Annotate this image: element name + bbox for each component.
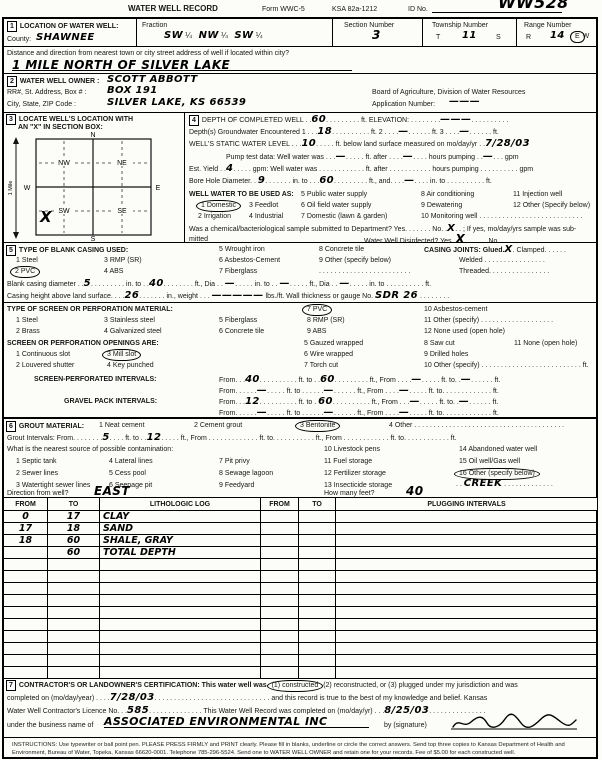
plug-from-cell (261, 523, 299, 535)
casing-option: 6 Asbestos-Cement (219, 256, 280, 265)
log-from-cell: 18 (4, 535, 48, 547)
lithologic-log-table: FROM TO LITHOLOGIC LOG FROM TO PLUGGING … (3, 497, 598, 679)
distance-question: Distance and direction from nearest town… (7, 49, 289, 58)
gravel-interval-row-1: From. . .12. . . . . . . . . . ft. to . … (219, 397, 498, 407)
use-option: 4 Industrial (249, 212, 283, 221)
contamination-option: 7 Pit privy (219, 457, 250, 466)
quadrant-se-label: SE (117, 208, 127, 215)
casing-joints-line: CASING JOINTS: Glued.X. Clamped. . . . .… (424, 245, 566, 255)
plug-interval-cell (336, 583, 598, 595)
arrow-up-icon (13, 137, 19, 144)
plug-to-cell (299, 667, 336, 679)
groundwater-depth-1: 18 (317, 126, 332, 137)
direction-value: EAST (94, 486, 130, 496)
elevation-value: ——— (440, 114, 471, 125)
ksa-number: KSA 82a-1212 (332, 5, 377, 14)
arrow-down-icon (13, 232, 19, 239)
id-label: ID No. (408, 5, 428, 14)
log-desc-cell (100, 595, 261, 607)
casing-option: 4 ABS (104, 267, 123, 276)
fraction-value: SW ¼ NW ¼ SW ¼ (164, 31, 262, 40)
screen-option: 6 Concrete tile (219, 327, 264, 336)
gauge-number-value: SDR 26 (375, 290, 418, 301)
section4-number: 4 (189, 115, 199, 126)
log-col-to-2: TO (299, 498, 336, 511)
screen-option: 3 Stainless steel (104, 316, 155, 325)
log-from-cell (4, 595, 48, 607)
section7-number: 7 (6, 680, 16, 691)
log-desc-cell (100, 607, 261, 619)
plug-to-cell (299, 547, 336, 559)
log-from-cell (4, 547, 48, 559)
opening-option: 9 Drilled holes (424, 350, 468, 359)
plug-interval-cell (336, 571, 598, 583)
plug-to-cell (299, 571, 336, 583)
contamination-option: 10 Livestock pens (324, 445, 380, 454)
log-row (4, 643, 598, 655)
form-title: WATER WELL RECORD (128, 4, 218, 13)
static-water-level-line: WELL'S STATIC WATER LEVEL . . .10. . . .… (189, 139, 530, 149)
joints-threaded: Threaded. . . . . . . . . . . . . . . . (459, 267, 549, 276)
opening-option: 5 Gauzed wrapped (304, 339, 363, 348)
opening-option: 11 None (open hole) (514, 339, 577, 348)
divider (4, 302, 596, 303)
log-to-cell (48, 571, 100, 583)
business-name-label: under the business name of (7, 721, 93, 730)
south-label: S (91, 236, 96, 241)
divider (4, 242, 596, 243)
county-label: County: (7, 35, 31, 44)
screen-to-value: 60 (320, 374, 335, 385)
screen-interval-row-1: From. . .40. . . . . . . . . . ft. to . … (219, 375, 500, 385)
plug-to-cell (299, 523, 336, 535)
log-from-cell (4, 655, 48, 667)
application-number-value: ——— (449, 97, 480, 107)
plug-from-cell (261, 547, 299, 559)
plug-interval-cell (336, 511, 598, 523)
contamination-option: 5 Cess pool (109, 469, 146, 478)
plug-from-cell (261, 511, 299, 523)
log-desc-cell: SAND (100, 523, 261, 535)
log-desc-cell (100, 559, 261, 571)
log-from-cell (4, 559, 48, 571)
casing-diameter-line: Blank casing diameter . .5. . . . . . . … (7, 279, 431, 289)
log-col-plugging: PLUGGING INTERVALS (336, 498, 598, 511)
log-desc-cell: SHALE, GRAY (100, 535, 261, 547)
grout-option: 1 Neat cement (99, 421, 145, 430)
township-s: S (496, 33, 501, 42)
joints-welded: Welded . . . . . . . . . . . . . . . . (459, 256, 545, 265)
casing-option: 7 Fiberglass (219, 267, 257, 276)
gravel-to-value: 60 (318, 396, 333, 407)
divider (184, 112, 185, 242)
screen-interval-row-2: From. . . . . .—. . . . . ft. to . . . .… (219, 386, 499, 396)
divider (4, 112, 596, 113)
screen-option: 11 Other (specify) . . . . . . . . . . .… (424, 316, 553, 325)
contamination-other-value-line: . . CREEK . . . . . . . . . . . . . (456, 479, 553, 489)
log-to-cell (48, 667, 100, 679)
log-to-cell (48, 655, 100, 667)
plug-to-cell (299, 511, 336, 523)
use-option: 6 Oil field water supply (301, 201, 371, 210)
measured-date: 7/28/03 (485, 138, 530, 149)
plug-interval-cell (336, 631, 598, 643)
quadrant-ne-label: NE (117, 160, 127, 167)
county-value: SHAWNEE (36, 33, 95, 43)
fraction-q3: SW (234, 30, 253, 41)
plug-interval-cell (336, 655, 598, 667)
signature-scribble (449, 713, 579, 731)
section-number-value: 3 (372, 30, 381, 40)
log-row (4, 571, 598, 583)
owner-value: SCOTT ABBOTT (107, 75, 198, 85)
water-well-record-form: WATER WELL RECORD Form WWC-5 KSA 82a-121… (0, 0, 602, 760)
log-col-from-2: FROM (261, 498, 299, 511)
log-row (4, 667, 598, 679)
completed-date-value: 7/28/03 (110, 692, 155, 703)
plug-to-cell (299, 631, 336, 643)
log-desc-cell (100, 667, 261, 679)
address-label: RR#, St. Address, Box # : (7, 88, 86, 97)
screen-option: 8 RMP (SR) (307, 316, 345, 325)
log-to-cell (48, 643, 100, 655)
one-mile-label: 1 Mile (8, 181, 14, 196)
contamination-option: 1 Septic tank (16, 457, 56, 466)
groundwater-line: Depth(s) Groundwater Encountered 1 . . .… (189, 127, 499, 137)
log-to-cell (48, 619, 100, 631)
section5-title: 5TYPE OF BLANK CASING USED: (6, 245, 128, 256)
contamination-option: 2 Sewer lines (16, 469, 58, 478)
contamination-option: 11 Fuel storage (324, 457, 372, 466)
log-from-cell: 0 (4, 511, 48, 523)
contamination-question: What is the nearest source of possible c… (7, 445, 173, 454)
log-to-cell (48, 631, 100, 643)
plug-from-cell (261, 583, 299, 595)
fraction-label: Fraction (142, 21, 167, 30)
screen-option: 12 None used (open hole) (424, 327, 505, 336)
use-option: 11 Injection well (513, 190, 562, 199)
township-value: 11 (462, 31, 477, 41)
use-option-domestic-selected: 1 Domestic (198, 201, 239, 210)
screen-option-pvc-selected: 7 PVC (304, 305, 330, 314)
screen-option: 10 Asbestos-cement (424, 305, 487, 314)
log-to-cell (48, 559, 100, 571)
log-row (4, 583, 598, 595)
log-header-row: FROM TO LITHOLOGIC LOG FROM TO PLUGGING … (4, 498, 598, 511)
fraction-q1: SW (164, 30, 183, 41)
screen-option: 5 Fiberglass (219, 316, 257, 325)
signature-label: by (signature) (384, 721, 427, 730)
quadrant-nw-label: NW (58, 160, 70, 167)
divider (332, 19, 333, 46)
use-option: 10 Monitoring well . . . . . . . . . . .… (421, 212, 582, 221)
owner-label: 2WATER WELL OWNER : (7, 76, 99, 87)
log-col-to: TO (48, 498, 100, 511)
plug-interval-cell (336, 619, 598, 631)
contamination-option: 15 Oil well/Gas well (459, 457, 520, 466)
contamination-option-other-selected: 16 Other (specify below) (456, 469, 538, 478)
range-value: 14 (550, 31, 565, 41)
plug-from-cell (261, 571, 299, 583)
disinfected-yes-x-mark: X (455, 232, 465, 246)
log-to-cell: 60 (48, 535, 100, 547)
east-label: E (156, 185, 161, 192)
plug-interval-cell (336, 523, 598, 535)
section2-number: 2 (7, 76, 17, 87)
section6-number: 6 (6, 421, 16, 432)
log-desc-cell (100, 631, 261, 643)
grout-option: 4 Other . . . . . . . . . . . . . . . . … (389, 421, 564, 430)
log-from-cell (4, 583, 48, 595)
plug-from-cell (261, 667, 299, 679)
north-label: N (90, 132, 95, 139)
screen-option: 9 ABS (307, 327, 326, 336)
sample-no-x-mark: X (447, 223, 455, 234)
feet-value: 40 (406, 486, 424, 496)
gravel-pack-label: GRAVEL PACK INTERVALS: (64, 397, 157, 406)
opening-option: 4 Key punched (107, 361, 154, 370)
grout-option: 2 Cement grout (194, 421, 242, 430)
city-label: City, State, ZIP Code : (7, 100, 76, 109)
use-option: 7 Domestic (lawn & garden) (301, 212, 387, 221)
casing-height-line: Casing height above land surface. . . .2… (7, 291, 449, 301)
est-yield-line: Est. Yield . .4. . . . . gpm: Well water… (189, 164, 533, 174)
plug-from-cell (261, 607, 299, 619)
plug-to-cell (299, 643, 336, 655)
range-label: Range Number (524, 21, 571, 30)
use-option: 8 Air conditioning (421, 190, 474, 199)
log-from-cell (4, 631, 48, 643)
casing-option: 1 Steel (16, 256, 38, 265)
form-number: Form WWC-5 (262, 5, 305, 14)
screen-intervals-label: SCREEN-PERFORATED INTERVALS: (34, 375, 157, 384)
bore-depth-value: 60 (319, 175, 334, 186)
openings-title: SCREEN OR PERFORATION OPENINGS ARE: (7, 339, 159, 348)
opening-option: 8 Saw cut (424, 339, 455, 348)
application-number-label: Application Number: (372, 100, 435, 109)
plug-from-cell (261, 619, 299, 631)
city-value: SILVER LAKE, KS 66539 (107, 98, 246, 108)
township-label: Township Number (432, 21, 488, 30)
log-to-cell (48, 595, 100, 607)
use-option: 2 Irrigation (198, 212, 231, 221)
address-value: BOX 191 (107, 86, 158, 96)
casing-option: 5 Wrought iron (219, 245, 265, 254)
log-row (4, 607, 598, 619)
log-to-cell (48, 607, 100, 619)
township-t: T (436, 33, 440, 42)
casing-option: 3 RMP (SR) (104, 256, 142, 265)
plug-from-cell (261, 595, 299, 607)
plug-to-cell (299, 607, 336, 619)
section6-title: 6GROUT MATERIAL: (6, 421, 84, 432)
log-to-cell: 60 (48, 547, 100, 559)
contamination-option: 4 Lateral lines (109, 457, 153, 466)
log-row: 0 17 CLAY (4, 511, 598, 523)
grout-from-value: 5 (102, 432, 109, 443)
grout-option-bentonite-selected: 3 Bentonite (297, 421, 338, 430)
plug-to-cell (299, 559, 336, 571)
static-water-level-value: 10 (301, 138, 316, 149)
record-completed-date-value: 8/25/03 (384, 705, 429, 716)
range-r: R (526, 33, 531, 42)
grout-to-value: 12 (147, 432, 162, 443)
log-row: 60 TOTAL DEPTH (4, 547, 598, 559)
gravel-from-value: 12 (245, 396, 260, 407)
contamination-option: 8 Sewage lagoon (219, 469, 273, 478)
log-desc-cell (100, 571, 261, 583)
casing-option: 9 Other (specify below) (319, 256, 391, 265)
opening-option: 7 Torch cut (304, 361, 338, 370)
screen-option: 4 Galvanized steel (104, 327, 162, 336)
log-desc-cell (100, 655, 261, 667)
log-from-cell (4, 619, 48, 631)
opening-option-mill-slot-selected: 3 Mill slot (104, 350, 139, 359)
log-from-cell (4, 667, 48, 679)
log-col-desc: LITHOLOGIC LOG (100, 498, 261, 511)
log-to-cell: 17 (48, 511, 100, 523)
screen-material-title: TYPE OF SCREEN OR PERFORATION MATERIAL: (7, 305, 173, 314)
form-body: 1LOCATION OF WATER WELL: County: SHAWNEE… (2, 17, 598, 759)
log-row (4, 655, 598, 667)
log-desc-cell: CLAY (100, 511, 261, 523)
divider (4, 417, 596, 419)
id-handwritten-value: WW528 (498, 0, 569, 8)
plug-interval-cell (336, 547, 598, 559)
plug-to-cell (299, 619, 336, 631)
screen-option: 2 Brass (16, 327, 40, 336)
log-from-cell (4, 571, 48, 583)
divider (4, 73, 596, 74)
log-from-cell (4, 607, 48, 619)
section5-number: 5 (6, 245, 16, 256)
casing-height-value: 26 (125, 290, 140, 301)
log-row (4, 559, 598, 571)
distance-answer: 1 MILE NORTH OF SILVER LAKE (12, 60, 352, 71)
plug-from-cell (261, 559, 299, 571)
log-desc-cell (100, 643, 261, 655)
west-label: W (24, 185, 31, 192)
log-desc-cell (100, 583, 261, 595)
plug-from-cell (261, 631, 299, 643)
contamination-option: 9 Feedyard (219, 481, 254, 490)
opening-option: 6 Wire wrapped (304, 350, 353, 359)
log-from-cell (4, 643, 48, 655)
plug-interval-cell (336, 535, 598, 547)
use-option: 5 Public water supply (301, 190, 367, 199)
cert-constructed-selected: (1) constructed (267, 680, 324, 692)
log-row: 18 60 SHALE, GRAY (4, 535, 598, 547)
plug-to-cell (299, 595, 336, 607)
casing-option: 8 Concrete tile (319, 245, 364, 254)
casing-option-other-dots: . . . . . . . . . . . . . . . . . . . . … (319, 267, 410, 276)
lithologic-log-body: 0 17 CLAY 17 18 SAND 18 60 SHALE, GRAY (4, 511, 598, 679)
plug-interval-cell (336, 595, 598, 607)
casing-diameter-value: 5 (84, 278, 91, 289)
use-option: 3 Feedlot (249, 201, 278, 210)
section-box-diagram: 1 Mile NW NE SW SE N S W E X (6, 129, 182, 241)
plug-interval-cell (336, 667, 598, 679)
plug-from-cell (261, 643, 299, 655)
plug-interval-cell (336, 607, 598, 619)
screen-from-value: 40 (245, 374, 260, 385)
log-row: 17 18 SAND (4, 523, 598, 535)
log-from-cell: 17 (4, 523, 48, 535)
range-ew: EW (572, 32, 589, 41)
log-desc-cell: TOTAL DEPTH (100, 547, 261, 559)
section-number-label: Section Number (344, 21, 394, 30)
use-option: 12 Other (Specify below) (513, 201, 590, 210)
contamination-option: 12 Fertilizer storage (324, 469, 386, 478)
log-col-from: FROM (4, 498, 48, 511)
log-to-cell: 18 (48, 523, 100, 535)
instructions-line-1: INSTRUCTIONS: Use typewriter or ball poi… (12, 741, 565, 749)
plug-from-cell (261, 535, 299, 547)
certification-line-1: 7CONTRACTOR'S OR LANDOWNER'S CERTIFICATI… (6, 680, 518, 691)
use-title: WELL WATER TO BE USED AS: (189, 190, 294, 199)
business-name-value: ASSOCIATED ENVIRONMENTAL INC (104, 717, 369, 728)
fraction-q2: NW (199, 30, 219, 41)
divider (136, 19, 137, 46)
section3-number: 3 (6, 114, 16, 125)
joints-glued-x-mark: X (505, 244, 513, 255)
log-row (4, 631, 598, 643)
opening-option: 1 Continuous slot (16, 350, 70, 359)
opening-option: 10 Other (specify) . . . . . . . . . . .… (424, 361, 589, 370)
divider (4, 46, 596, 47)
log-desc-cell (100, 619, 261, 631)
plug-from-cell (261, 655, 299, 667)
opening-option: 2 Louvered shutter (16, 361, 74, 370)
well-location-x-mark: X (39, 208, 53, 226)
plug-interval-cell (336, 559, 598, 571)
use-option: 9 Dewatering (421, 201, 462, 210)
grout-intervals-line: Grout Intervals: From. . . . . . . .5. .… (7, 433, 457, 443)
plug-to-cell (299, 655, 336, 667)
section1-number: 1 (7, 21, 17, 32)
section1-title: 1LOCATION OF WATER WELL: (7, 21, 118, 32)
depth-line: 4DEPTH OF COMPLETED WELL . .60. . . . . … (189, 115, 508, 126)
divider (4, 737, 596, 738)
plug-to-cell (299, 535, 336, 547)
log-row (4, 595, 598, 607)
divider (516, 19, 517, 46)
certification-line-2: completed on (mo/day/year) . . . .7/28/0… (7, 693, 487, 703)
divider (422, 19, 423, 46)
instructions-line-2: Environment, Bureau of Water, Topeka, Ka… (12, 749, 515, 757)
contamination-option: 14 Abandoned water well (459, 445, 537, 454)
log-row (4, 619, 598, 631)
pump-test-line: Pump test data: Well water was . . .—. .… (226, 152, 519, 162)
log-to-cell (48, 583, 100, 595)
quadrant-sw-label: SW (58, 208, 70, 215)
bore-hole-line: Bore Hole Diameter. . 9. . . . . . . in.… (189, 176, 492, 186)
depth-value: 60 (311, 114, 326, 125)
plug-interval-cell (336, 643, 598, 655)
screen-option: 1 Steel (16, 316, 38, 325)
casing-depth-value: 40 (149, 278, 164, 289)
contamination-other-value: CREEK (464, 478, 502, 489)
plug-to-cell (299, 583, 336, 595)
sample-line: Was a chemical/bacteriological sample su… (189, 224, 576, 234)
casing-option-pvc-selected: 2 PVC (12, 267, 38, 276)
